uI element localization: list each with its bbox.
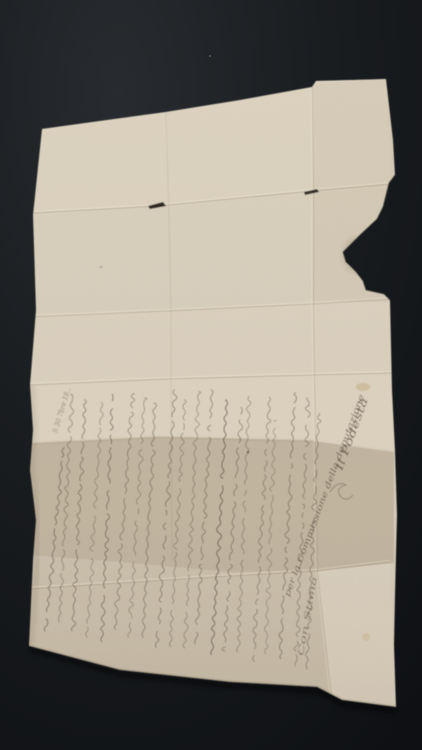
letter-photograph: li 30 7bre 18.. Il Podestà per la Commis… (0, 0, 422, 750)
letter-paper-group: li 30 7bre 18.. Il Podestà per la Commis… (0, 60, 422, 720)
paper-texture (20, 70, 405, 715)
photo-canvas: li 30 7bre 18.. Il Podestà per la Commis… (0, 0, 422, 750)
dust-speck (209, 55, 211, 57)
